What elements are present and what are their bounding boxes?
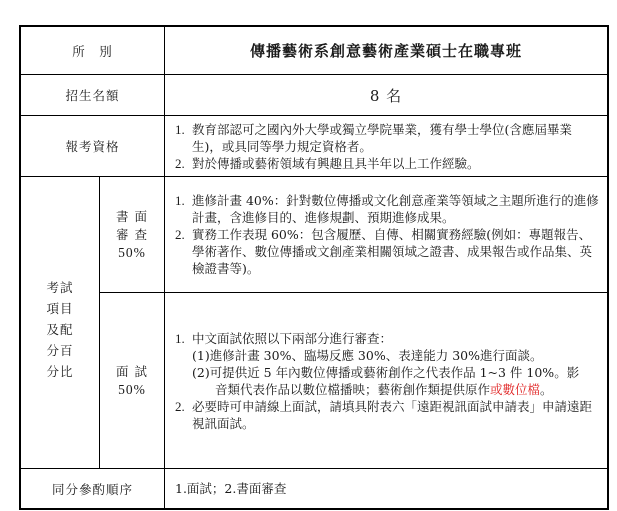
list-text: 必要時可申請線上面試，請填具附表六「遠距視訊面試申請表」申請遠距視訊面試。 — [192, 399, 592, 431]
written-label-line: 書 面 — [116, 208, 148, 226]
exam-label-line: 分百 — [46, 340, 73, 361]
highlighted-text: 或數位檔 — [490, 382, 540, 397]
sub-item-text: 音類代表作品以數位檔播映；藝術創作類提供原作 — [215, 382, 490, 397]
list-number: 1. — [175, 330, 185, 347]
written-review-content: 1. 進修計畫 40%：針對數位傳播或文化創意產業等領域之主題所進行的進修計畫，… — [165, 177, 607, 292]
tiebreak-label: 同分參酌順序 — [21, 469, 164, 508]
list-number: 2. — [175, 226, 185, 243]
interview-label: 面 試 50% — [100, 293, 164, 468]
list-number: 2. — [175, 398, 185, 415]
exam-label-line: 項目 — [46, 298, 73, 319]
tiebreak-value: 1.面試；2.書面審查 — [165, 469, 607, 508]
department-name-text: 傳播藝術系創意藝術產業碩士在職專班 — [250, 40, 522, 61]
sub-item-continued: 音類代表作品以數位檔播映；藝術創作類提供原作或數位檔。 — [175, 381, 599, 398]
eligibility-list: 1. 教育部認可之國內外大學或獨立學院畢業，獲有學士學位(含應屆畢業生)，或具同… — [175, 121, 599, 172]
interview-list: 1. 中文面試依照以下兩部分進行審查： (1)進修計畫 30%、臨場反應 30%… — [175, 330, 599, 432]
list-number: 1. — [175, 192, 185, 209]
exam-label-line: 分比 — [46, 361, 73, 382]
list-item: 1. 中文面試依照以下兩部分進行審查： — [175, 330, 599, 347]
list-text: 教育部認可之國內外大學或獨立學院畢業，獲有學士學位(含應屆畢業生)，或具同等學力… — [192, 122, 572, 154]
eligibility-content: 1. 教育部認可之國內外大學或獨立學院畢業，獲有學士學位(含應屆畢業生)，或具同… — [165, 116, 607, 176]
list-item: 2. 對於傳播或藝術領域有興趣且具半年以上工作經驗。 — [175, 155, 599, 172]
list-number: 1. — [175, 121, 185, 138]
exam-label-line: 及配 — [46, 319, 73, 340]
list-text: 對於傳播或藝術領域有興趣且具半年以上工作經驗。 — [192, 156, 480, 171]
eligibility-label: 報考資格 — [21, 116, 164, 176]
written-label-line: 審 查 — [116, 226, 148, 244]
sub-item-text: (1)進修計畫 30%、臨場反應 30%、表達能力 30%進行面談。 — [192, 348, 542, 363]
list-item: 2. 必要時可申請線上面試，請填具附表六「遠距視訊面試申請表」申請遠距視訊面試。 — [175, 398, 599, 432]
list-text: 中文面試依照以下兩部分進行審查： — [192, 331, 392, 346]
interview-content: 1. 中文面試依照以下兩部分進行審查： (1)進修計畫 30%、臨場反應 30%… — [165, 293, 607, 468]
list-item: 1. 教育部認可之國內外大學或獨立學院畢業，獲有學士學位(含應屆畢業生)，或具同… — [175, 121, 599, 155]
eligibility-label-text: 報考資格 — [65, 137, 119, 155]
tiebreak-label-text: 同分參酌順序 — [52, 480, 133, 498]
list-item: 1. 進修計畫 40%：針對數位傳播或文化創意產業等領域之主題所進行的進修計畫，… — [175, 192, 599, 226]
quota-label: 招生名額 — [21, 75, 164, 115]
interview-percent: 50% — [118, 381, 146, 399]
sub-item-text: 。 — [540, 382, 553, 397]
quota-value: 8 名 — [165, 75, 607, 115]
sub-item: (2)可提供近 5 年內數位傳播或藝術創作之代表作品 1~3 件 10%。影 — [175, 364, 599, 381]
list-text: 實務工作表現 60%：包含履歷、自傳、相關實務經驗(例如：專題報告、學術著作、數… — [192, 227, 592, 276]
list-number: 2. — [175, 155, 185, 172]
exam-label-line: 考試 — [46, 277, 73, 298]
quota-label-text: 招生名額 — [65, 86, 119, 104]
department-name: 傳播藝術系創意藝術產業碩士在職專班 — [165, 27, 607, 74]
interview-label-text: 面 試 — [116, 363, 148, 381]
list-text: 進修計畫 40%：針對數位傳播或文化創意產業等領域之主題所進行的進修計畫，含進修… — [192, 193, 599, 225]
tiebreak-value-text: 1.面試；2.書面審查 — [175, 480, 286, 497]
written-review-list: 1. 進修計畫 40%：針對數位傳播或文化創意產業等領域之主題所進行的進修計畫，… — [175, 192, 599, 277]
department-label-text: 所 別 — [72, 42, 113, 60]
written-review-label: 書 面 審 查 50% — [100, 177, 164, 292]
sub-item-text: (2)可提供近 5 年內數位傳播或藝術創作之代表作品 1~3 件 10%。影 — [192, 365, 579, 380]
exam-items-label: 考試 項目 及配 分百 分比 — [21, 177, 99, 468]
quota-value-text: 8 名 — [370, 85, 402, 106]
admission-table: 所 別 傳播藝術系創意藝術產業碩士在職專班 招生名額 8 名 報考資格 1. 教… — [19, 25, 609, 510]
sub-item: (1)進修計畫 30%、臨場反應 30%、表達能力 30%進行面談。 — [175, 347, 599, 364]
list-item: 2. 實務工作表現 60%：包含履歷、自傳、相關實務經驗(例如：專題報告、學術著… — [175, 226, 599, 277]
department-label: 所 別 — [21, 27, 164, 74]
written-percent: 50% — [118, 244, 146, 262]
